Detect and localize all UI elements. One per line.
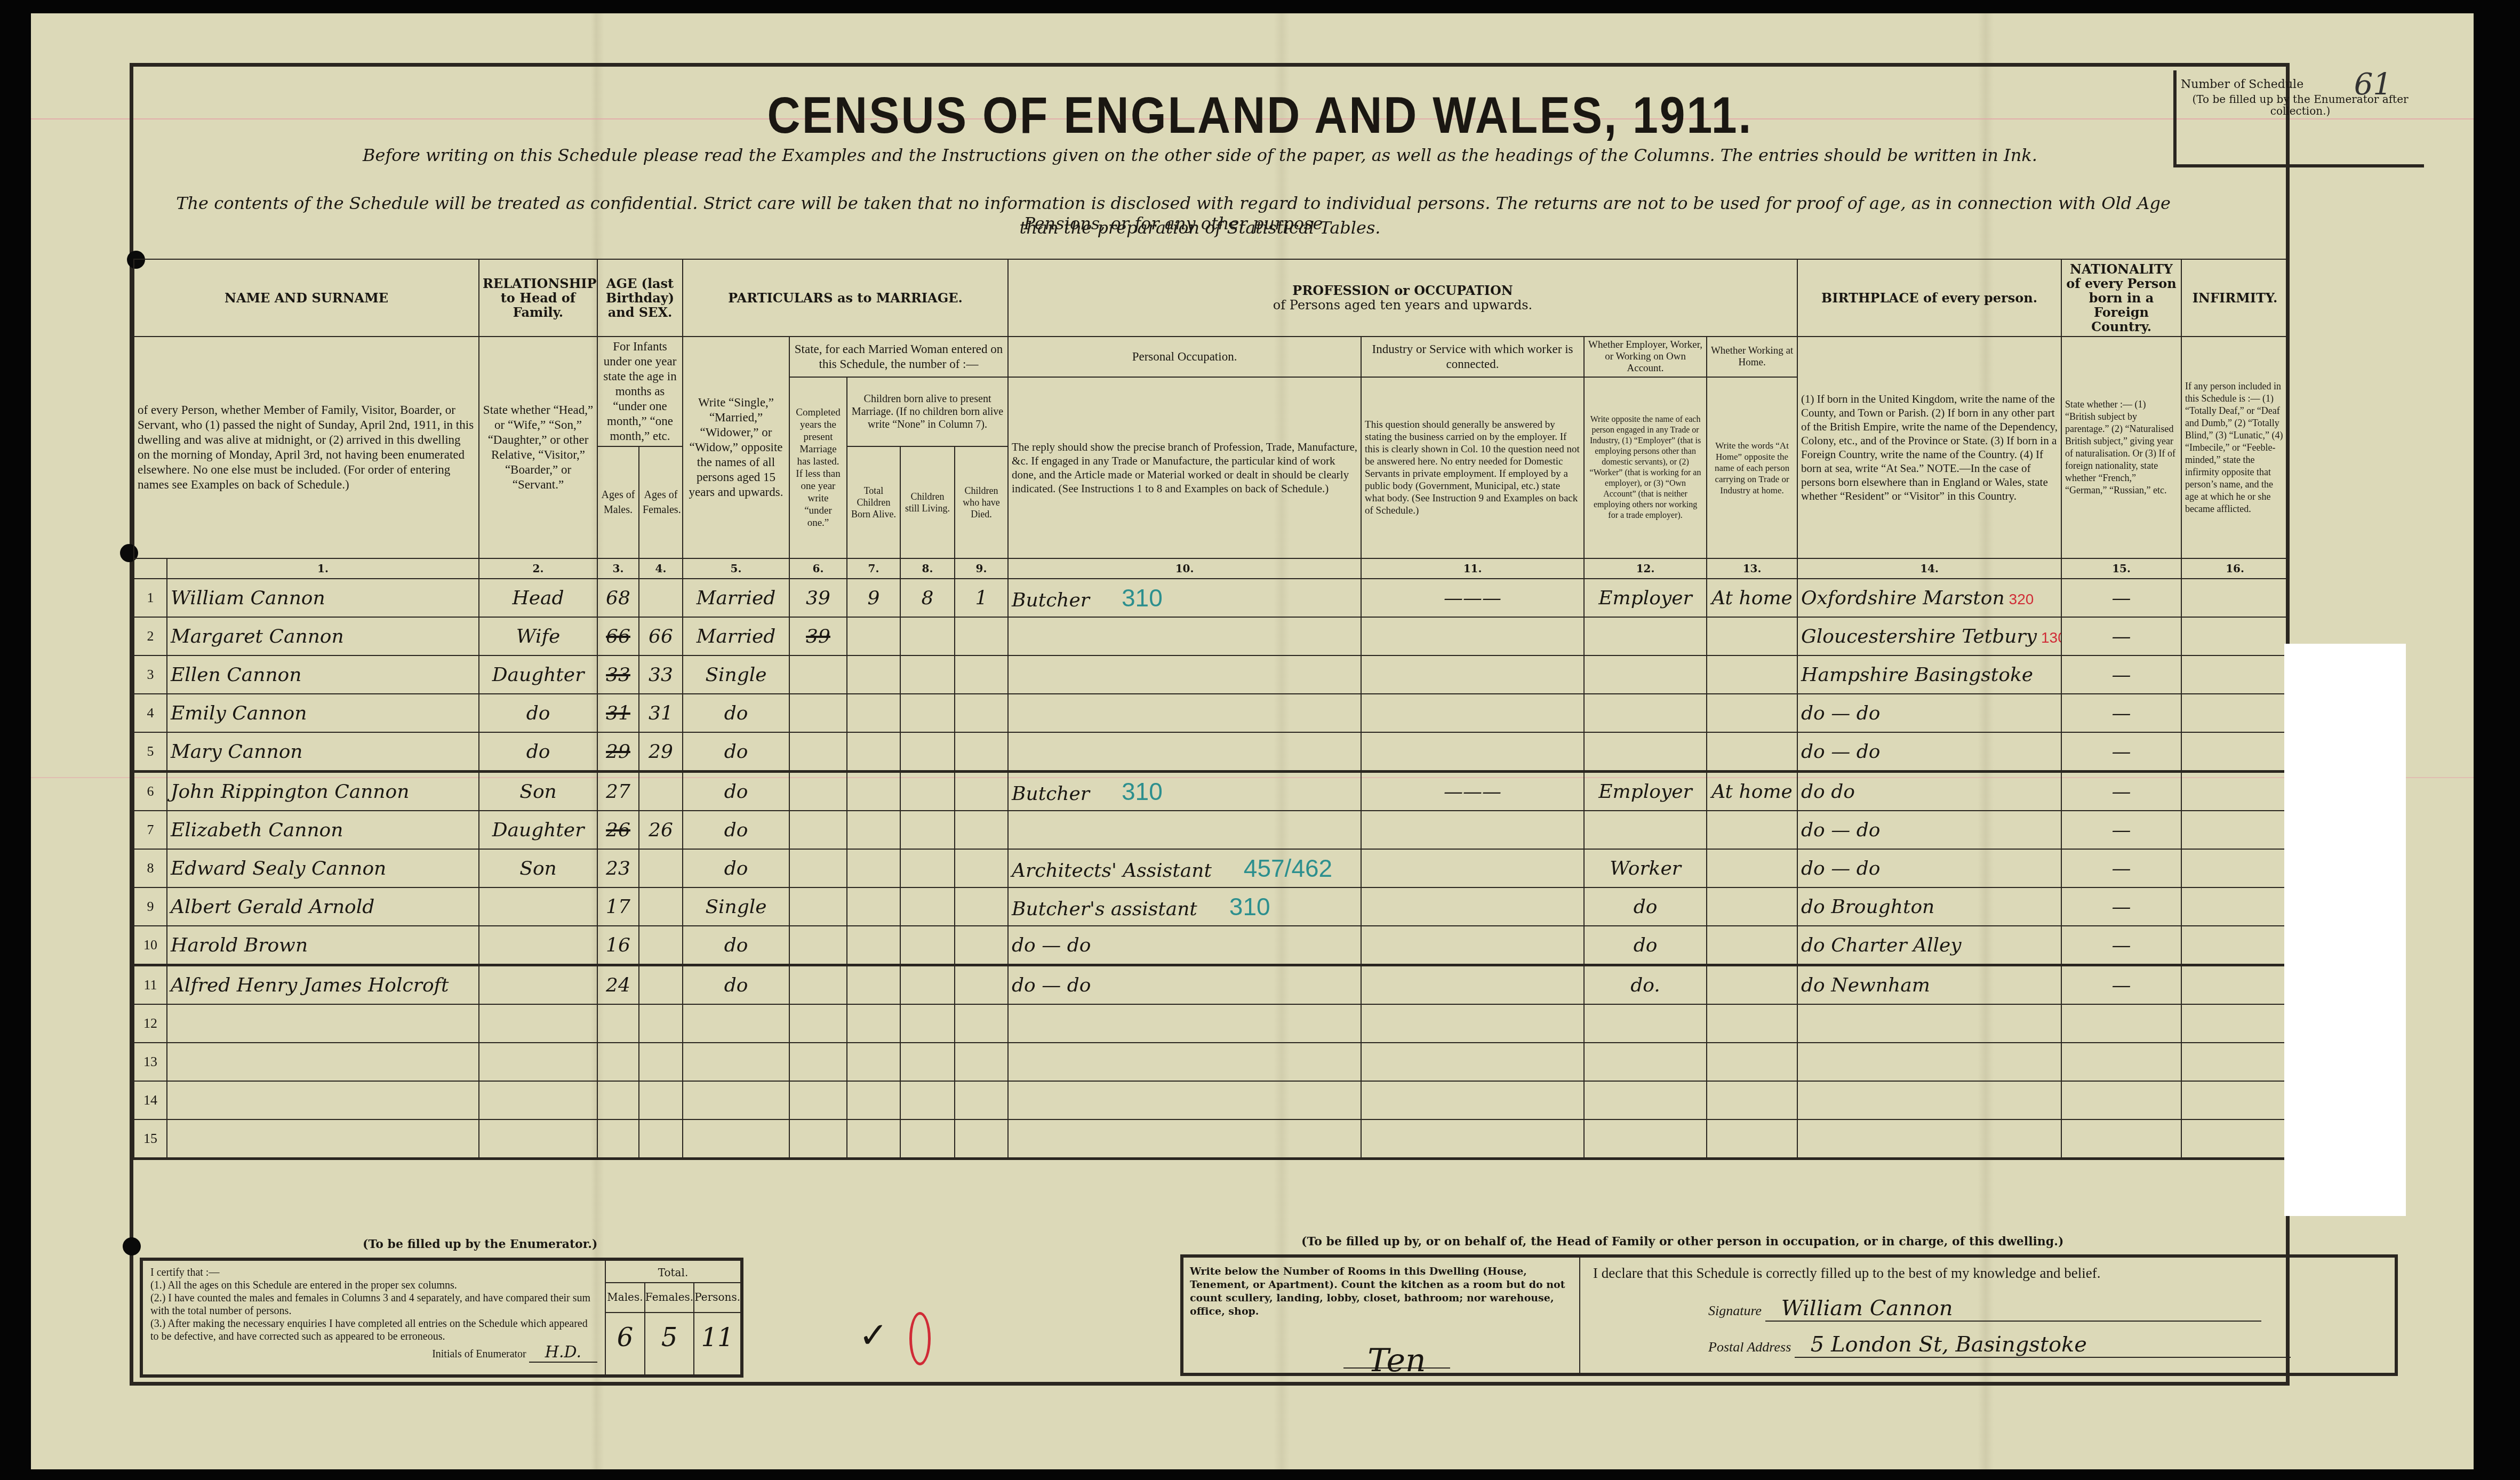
children-died: 1 [955,579,1008,617]
nationality: — [2061,772,2181,811]
col-number: 14. [1797,558,2061,579]
rooms-value: Ten [1343,1354,1450,1369]
col-number: 3. [597,558,639,579]
relationship: Wife [479,617,597,655]
age-male-value: 26 [606,819,630,841]
row-number-value: 13 [143,1054,157,1069]
age-male [597,1081,639,1119]
children-died [955,694,1008,732]
working-at-home [1707,887,1797,926]
years-married [789,887,847,926]
col-number: 13. [1707,558,1797,579]
desc-relationship: State whether “Head,” or “Wife,” “Son,” … [479,337,597,558]
age-male-value: 24 [606,974,630,996]
schedule-number-box: Number of Schedule (To be filled up by t… [2173,70,2424,167]
person-name-value: Mary Cannon [171,741,303,763]
marital-condition-value: do [724,741,748,763]
relationship-value: Son [519,781,557,803]
age-male: 27 [597,772,639,811]
col-number: 7. [847,558,900,579]
years-married [789,849,847,887]
desc-personal-occupation-title: Personal Occupation. [1008,337,1361,377]
row-number-value: 7 [147,822,154,837]
desc-age: For Infants under one year state the age… [597,337,683,446]
person-name [167,1004,479,1043]
certificate-text: I certify that :— (1.) All the ages on t… [143,1261,606,1374]
person-name [167,1081,479,1119]
age-female: 33 [639,655,683,694]
redacted-infirmity-area [2284,644,2406,1216]
relationship-value: do [526,741,550,763]
desc-home-title: Whether Working at Home. [1707,337,1797,377]
row-number: 12 [134,1004,167,1043]
personal-occupation [1008,694,1361,732]
marital-condition: do [683,811,789,849]
industry [1361,811,1584,849]
relationship [479,1004,597,1043]
marital-condition [683,1081,789,1119]
industry [1361,617,1584,655]
row-number-value: 15 [143,1131,157,1146]
col-number: 6. [789,558,847,579]
infirmity [2181,849,2289,887]
years-married: 39 [789,617,847,655]
nationality [2061,1004,2181,1043]
birthplace: Hampshire Basingstoke [1797,655,2061,694]
age-female [639,849,683,887]
children-total [847,849,900,887]
personal-occupation-value: Butcher [1012,589,1090,611]
infirmity [2181,926,2289,965]
employment-status: Employer [1584,579,1707,617]
row-number-value: 14 [143,1092,157,1108]
relationship [479,1119,597,1159]
employment-status [1584,811,1707,849]
years-married [789,694,847,732]
header-marriage: PARTICULARS as to MARRIAGE. [683,259,1008,337]
birthplace-code: 320 [2009,591,2034,607]
industry [1361,926,1584,965]
person-name: Harold Brown [167,926,479,965]
relationship-value: Wife [516,626,561,647]
checkmark-icon: ✓ [859,1315,888,1356]
desc-nationality: State whether :— (1) “British subject by… [2061,337,2181,558]
children-living [900,849,955,887]
row-number-value: 3 [147,667,154,682]
birthplace-value: Gloucestershire Tetbury [1801,626,2037,647]
marital-condition-value: do [724,781,748,803]
address-row: Postal Address 5 London St, Basingstoke [1708,1332,2291,1358]
marital-condition-value: do [724,819,748,841]
row-number: 1 [134,579,167,617]
persons-total: 11 [694,1313,740,1374]
row-number: 13 [134,1043,167,1081]
census-table: NAME AND SURNAME RELATIONSHIP to Head of… [133,259,2289,1160]
relationship-value: Daughter [492,664,585,686]
industry [1361,1119,1584,1159]
children-living [900,1004,955,1043]
birthplace: do Charter Alley [1797,926,2061,965]
working-at-home [1707,1043,1797,1081]
age-female-value: 66 [649,626,673,647]
children-total [847,887,900,926]
personal-occupation-value: Butcher's assistant [1012,898,1197,920]
employment-status [1584,617,1707,655]
desc-children-living: Children still Living. [900,446,955,558]
females-total: 5 [645,1313,694,1374]
children-total: 9 [847,579,900,617]
nationality-value: — [2112,702,2131,724]
nationality: — [2061,655,2181,694]
personal-occupation [1008,617,1361,655]
years-married-value: 39 [806,626,830,647]
totals-grid: Total. Males. Females. Persons. 6 5 11 [606,1261,740,1374]
persons-label: Persons. [694,1283,740,1313]
children-died [955,732,1008,772]
children-died-value: 1 [975,587,988,609]
employment-status [1584,732,1707,772]
age-male [597,1119,639,1159]
children-died [955,1081,1008,1119]
children-total [847,965,900,1005]
nationality: — [2061,811,2181,849]
relationship [479,926,597,965]
working-at-home [1707,694,1797,732]
children-living [900,887,955,926]
age-male [597,1043,639,1081]
working-at-home [1707,965,1797,1005]
relationship: do [479,732,597,772]
age-male: 66 [597,617,639,655]
nationality [2061,1081,2181,1119]
col-number [134,558,167,579]
employment-status-value: Employer [1598,587,1692,609]
personal-occupation: Architects' Assistant457/462 [1008,849,1361,887]
years-married [789,1043,847,1081]
birthplace-value: do — do [1801,741,1880,763]
marital-condition: Single [683,655,789,694]
marital-condition: do [683,694,789,732]
head-of-family-section-label: (To be filled up by, or on behalf of, th… [1301,1235,2063,1249]
children-died [955,926,1008,965]
females-label: Females. [645,1283,694,1313]
relationship: Head [479,579,597,617]
working-at-home [1707,1004,1797,1043]
relationship-value: Daughter [492,819,585,841]
years-married [789,1081,847,1119]
children-total [847,1043,900,1081]
infirmity [2181,965,2289,1005]
row-number: 6 [134,772,167,811]
children-living [900,694,955,732]
working-at-home-value: At home [1711,781,1793,803]
nationality: — [2061,579,2181,617]
employment-status [1584,694,1707,732]
age-female-value: 31 [649,702,673,724]
infirmity [2181,1004,2289,1043]
children-living [900,655,955,694]
header-relationship: RELATIONSHIP to Head of Family. [479,259,597,337]
children-died [955,1043,1008,1081]
marital-condition-value: Married [697,587,776,609]
col-number: 4. [639,558,683,579]
person-name-value: William Cannon [171,587,325,609]
header-occupation: PROFESSION or OCCUPATION of Persons aged… [1008,259,1797,337]
col-number: 9. [955,558,1008,579]
table-row: 2Margaret CannonWife6666Married39Glouces… [134,617,2289,655]
person-name: Emily Cannon [167,694,479,732]
relationship-value: Head [512,587,564,609]
birthplace [1797,1004,2061,1043]
age-male: 17 [597,887,639,926]
industry: ——— [1361,579,1584,617]
occupation-code: 310 [1229,893,1270,921]
col-number: 15. [2061,558,2181,579]
age-male-value: 31 [606,702,630,724]
instruction-line: Before writing on this Schedule please r… [160,145,2240,165]
years-married [789,1004,847,1043]
birthplace-value: Oxfordshire Marston [1801,587,2005,609]
initials-value: H.D. [529,1343,597,1363]
header-name: NAME AND SURNAME [134,259,479,337]
relationship-value: do [526,702,550,724]
age-male-value: 29 [606,741,630,763]
employment-status-value: do [1634,934,1658,956]
infirmity [2181,1043,2289,1081]
working-at-home [1707,732,1797,772]
nationality-value: — [2112,819,2131,841]
infirmity [2181,811,2289,849]
col-number: 5. [683,558,789,579]
age-male: 68 [597,579,639,617]
children-living-value: 8 [922,587,934,609]
head-of-family-box: Write below the Number of Rooms in this … [1180,1254,2398,1376]
person-name-value: Edward Sealy Cannon [171,858,386,879]
desc-personal-occupation: The reply should show the precise branch… [1008,377,1361,558]
page-title: CENSUS OF ENGLAND AND WALES, 1911. [0,86,2520,146]
nationality [2061,1043,2181,1081]
age-female: 66 [639,617,683,655]
personal-occupation-value: Architects' Assistant [1012,860,1212,882]
personal-occupation [1008,811,1361,849]
children-died [955,965,1008,1005]
occupation-code: 457/462 [1244,854,1332,882]
employment-status [1584,1004,1707,1043]
row-number-value: 6 [147,783,154,799]
marital-condition [683,1004,789,1043]
years-married-value: 39 [806,587,830,609]
age-female: 31 [639,694,683,732]
person-name-value: John Rippington Cannon [171,781,409,803]
birthplace: do Broughton [1797,887,2061,926]
birthplace: do — do [1797,811,2061,849]
children-living: 8 [900,579,955,617]
col-number: 10. [1008,558,1361,579]
age-female [639,1043,683,1081]
marital-condition-value: Married [697,626,776,647]
industry [1361,849,1584,887]
rooms-instruction: Write below the Number of Rooms in this … [1190,1265,1573,1318]
relationship [479,965,597,1005]
employment-status [1584,1081,1707,1119]
col-number: 8. [900,558,955,579]
infirmity [2181,732,2289,772]
row-number-value: 4 [147,705,154,721]
age-male-value: 68 [606,587,630,609]
relationship [479,1043,597,1081]
initials-line: Initials of Enumerator H.D. [150,1346,597,1361]
age-female [639,887,683,926]
nationality-value: — [2112,974,2131,996]
males-total: 6 [606,1313,645,1374]
marital-condition: do [683,926,789,965]
marital-condition-value: Single [705,896,766,918]
years-married [789,1119,847,1159]
marital-condition: Married [683,579,789,617]
employment-status [1584,1119,1707,1159]
nationality-value: — [2112,664,2131,686]
nationality: — [2061,694,2181,732]
header-infirmity: INFIRMITY. [2181,259,2289,337]
age-female-value: 33 [649,664,673,686]
nationality [2061,1119,2181,1159]
age-female [639,1004,683,1043]
children-living [900,732,955,772]
table-row: 9Albert Gerald Arnold17SingleButcher's a… [134,887,2289,926]
children-total [847,1081,900,1119]
personal-occupation-value: do — do [1012,974,1091,996]
person-name: Elizabeth Cannon [167,811,479,849]
row-number-value: 10 [143,937,157,953]
birthplace: do — do [1797,732,2061,772]
age-male [597,1004,639,1043]
personal-occupation [1008,1119,1361,1159]
row-number-value: 5 [147,743,154,759]
person-name-value: Elizabeth Cannon [171,819,343,841]
infirmity [2181,579,2289,617]
row-number: 15 [134,1119,167,1159]
years-married [789,772,847,811]
males-label: Males. [606,1283,645,1313]
table-row: 14 [134,1081,2289,1119]
infirmity [2181,887,2289,926]
personal-occupation [1008,1004,1361,1043]
children-living [900,926,955,965]
birthplace: do Newnham [1797,965,2061,1005]
marital-condition-value: do [724,974,748,996]
birthplace-value: do — do [1801,819,1880,841]
table-row: 11Alfred Henry James Holcroft24dodo — do… [134,965,2289,1005]
age-male-value: 23 [606,858,630,879]
age-female [639,772,683,811]
row-number: 10 [134,926,167,965]
header-occupation-title: PROFESSION or OCCUPATION [1292,283,1513,298]
desc-married-woman: State, for each Married Woman entered on… [789,337,1008,377]
confidential-line-2: than the preparation of Statistical Tabl… [160,218,2240,238]
years-married [789,926,847,965]
row-number: 3 [134,655,167,694]
rooms-section: Write below the Number of Rooms in this … [1183,1258,1580,1373]
desc-employer-title: Whether Employer, Worker, or Working on … [1584,337,1707,377]
relationship: Son [479,772,597,811]
table-row: 3Ellen CannonDaughter3333SingleHampshire… [134,655,2289,694]
marital-condition: Single [683,887,789,926]
header-birthplace: BIRTHPLACE of every person. [1797,259,2061,337]
industry-value: ——— [1444,781,1501,803]
industry [1361,694,1584,732]
relationship: Daughter [479,655,597,694]
birthplace: Gloucestershire Tetbury130 [1797,617,2061,655]
infirmity [2181,617,2289,655]
infirmity [2181,772,2289,811]
birthplace-value: do Charter Alley [1801,934,1962,956]
nationality-value: — [2112,896,2131,918]
age-male-value: 17 [606,896,630,918]
nationality-value: — [2112,934,2131,956]
address-label: Postal Address [1708,1339,1791,1355]
age-male: 33 [597,655,639,694]
person-name-value: Emily Cannon [171,702,307,724]
certify-heading: I certify that :— [150,1266,597,1279]
marital-condition: do [683,965,789,1005]
working-at-home [1707,811,1797,849]
nationality: — [2061,849,2181,887]
children-total [847,1004,900,1043]
col-number: 16. [2181,558,2289,579]
marital-condition: do [683,732,789,772]
person-name-value: Alfred Henry James Holcroft [171,974,449,996]
working-at-home: At home [1707,579,1797,617]
header-nationality: NATIONALITY of every Person born in a Fo… [2061,259,2181,337]
signature-value: William Cannon [1765,1296,2261,1322]
years-married: 39 [789,579,847,617]
declaration-text: I declare that this Schedule is correctl… [1593,1265,2382,1282]
years-married [789,965,847,1005]
desc-children: Children born alive to present Marriage.… [847,377,1008,446]
marital-condition: do [683,772,789,811]
relationship: Son [479,849,597,887]
initials-label: Initials of Enumerator [432,1348,526,1360]
working-at-home [1707,926,1797,965]
working-at-home [1707,1081,1797,1119]
children-total [847,772,900,811]
table-row: 4Emily Cannondo3131dodo — do— [134,694,2289,732]
personal-occupation: do — do [1008,926,1361,965]
nationality: — [2061,732,2181,772]
children-died [955,1004,1008,1043]
person-name: Edward Sealy Cannon [167,849,479,887]
birthplace [1797,1043,2061,1081]
children-total [847,655,900,694]
nationality: — [2061,965,2181,1005]
enumerator-certificate: I certify that :— (1.) All the ages on t… [140,1258,743,1378]
table-row: 13 [134,1043,2289,1081]
age-female-value: 26 [649,819,673,841]
industry: ——— [1361,772,1584,811]
birthplace-value: Hampshire Basingstoke [1801,664,2033,686]
marital-condition [683,1119,789,1159]
years-married [789,732,847,772]
certify-item-3: (3.) After making the necessary enquirie… [150,1317,597,1343]
children-died [955,772,1008,811]
person-name-value: Margaret Cannon [171,626,344,647]
person-name: Alfred Henry James Holcroft [167,965,479,1005]
years-married [789,811,847,849]
row-number-value: 9 [147,899,154,914]
relationship [479,1081,597,1119]
person-name: John Rippington Cannon [167,772,479,811]
declaration-section: I declare that this Schedule is correctl… [1580,1258,2395,1373]
